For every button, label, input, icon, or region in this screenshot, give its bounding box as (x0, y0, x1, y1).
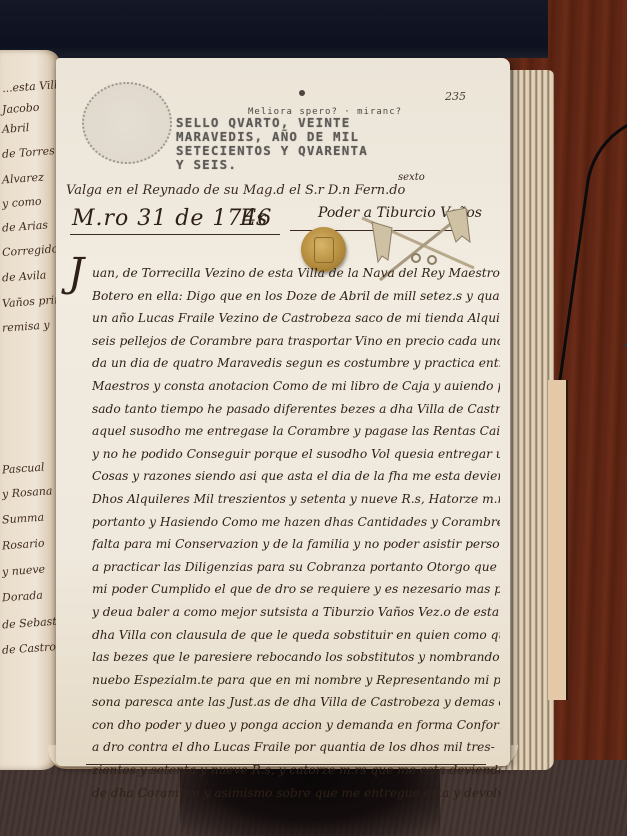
manuscript-body: uan, de Torrecilla Vezino de esta Villa … (92, 262, 500, 804)
stamp-line: SELLO QVARTO, VEINTE (176, 116, 436, 130)
book-cover-dark (0, 0, 548, 58)
folio-number: 235 (445, 90, 466, 103)
text-line: y no he podido Conseguir porque el susod… (92, 443, 500, 466)
left-page-fragment: remisa y (2, 318, 50, 334)
text-line: portanto y Hasiendo Como me hazen dhas C… (92, 511, 500, 534)
text-line: a practicar las Diligenzias para su Cobr… (92, 556, 500, 579)
left-page-fragment: Alvarez (2, 171, 45, 187)
text-line: aquel susodho me entregase la Corambre y… (92, 420, 500, 443)
text-line: con dho poder y dueo y ponga accion y de… (92, 714, 500, 737)
text-line: sado tanto tiempo he pasado diferentes b… (92, 398, 500, 421)
left-page-fragment: Jacobo (2, 101, 40, 117)
text-line: da un dia de quatro Maravedis segun es c… (92, 352, 500, 375)
text-line: uan, de Torrecilla Vezino de esta Villa … (92, 262, 500, 285)
text-line: sona paresca ante las Just.as de dha Vil… (92, 691, 500, 714)
text-line: zientos y setenta y nueve R.s, y catorze… (92, 759, 500, 782)
reign-line: Valga en el Reynado de su Mag.d el S.r D… (66, 183, 405, 198)
text-line: Maestros y consta anotacion Como de mi l… (92, 375, 500, 398)
left-page-fragment: de Castro (2, 640, 57, 657)
text-line: a dro contra el dho Lucas Fraile por qua… (92, 736, 500, 759)
left-page-fragment: Dorada (2, 589, 44, 605)
left-page-fragment: Corregidor (2, 242, 64, 259)
embossed-seal (82, 82, 172, 164)
reign-superscript: sexto (398, 172, 425, 183)
drop-cap: J (68, 250, 84, 296)
text-line: las bezes que le paresiere rebocando los… (92, 646, 500, 669)
text-line: de dha Corambre y asimismo sobre que me … (92, 782, 500, 805)
stamp-line: SETECIENTOS Y QVARENTA (176, 144, 436, 158)
left-page-fragment: Pascual (2, 461, 45, 477)
left-page-fragment: y nueve (2, 563, 46, 579)
text-line: dha Villa con clausula de que le queda s… (92, 624, 500, 647)
text-line: Cosas y razones siendo asi que asta el d… (92, 465, 500, 488)
left-page-fragment: Summa (2, 511, 45, 527)
stamped-paper-header: SELLO QVARTO, VEINTE MARAVEDIS, AÑO DE M… (176, 116, 436, 172)
text-line: seis pellejos de Corambre para trasporta… (92, 330, 500, 353)
text-line: un año Lucas Fraile Vezino de Castrobeza… (92, 307, 500, 330)
text-line: nuebo Espezialm.te para que en mi nombre… (92, 669, 500, 692)
page-edge-strip (548, 380, 568, 700)
left-page-fragment: de Torres (2, 144, 56, 161)
text-line: Dhos Alquileres Mil treszientos y setent… (92, 488, 500, 511)
left-page-fragment: de Avila (2, 268, 47, 284)
left-page-fragment: y Rosana (2, 484, 53, 500)
left-page-fragment: y como (2, 195, 42, 211)
text-line: Botero en ella: Digo que en los Doze de … (92, 285, 500, 308)
left-page-fragment: de Arias (2, 218, 49, 234)
divider (70, 234, 280, 235)
stamp-line: MARAVEDIS, AÑO DE MIL (176, 130, 436, 144)
left-facing-page: ...esta Villa Jacobo Abril de Torres Alv… (0, 50, 60, 770)
stamp-dot (299, 90, 305, 96)
text-line: falta para mi Conservazion y de la famil… (92, 533, 500, 556)
left-page-fragment: ...esta Villa (2, 78, 65, 95)
left-page-fragment: Abril (2, 121, 30, 136)
left-page-fragment: Rosario (2, 537, 45, 553)
notary-mark: Es (240, 206, 267, 231)
text-line: y deua baler a como mejor sutsista a Tib… (92, 601, 500, 624)
closing-rule (86, 764, 486, 765)
text-line: mi poder Cumplido el que de dro se requi… (92, 578, 500, 601)
stamp-line: Y SEIS. (176, 158, 436, 172)
